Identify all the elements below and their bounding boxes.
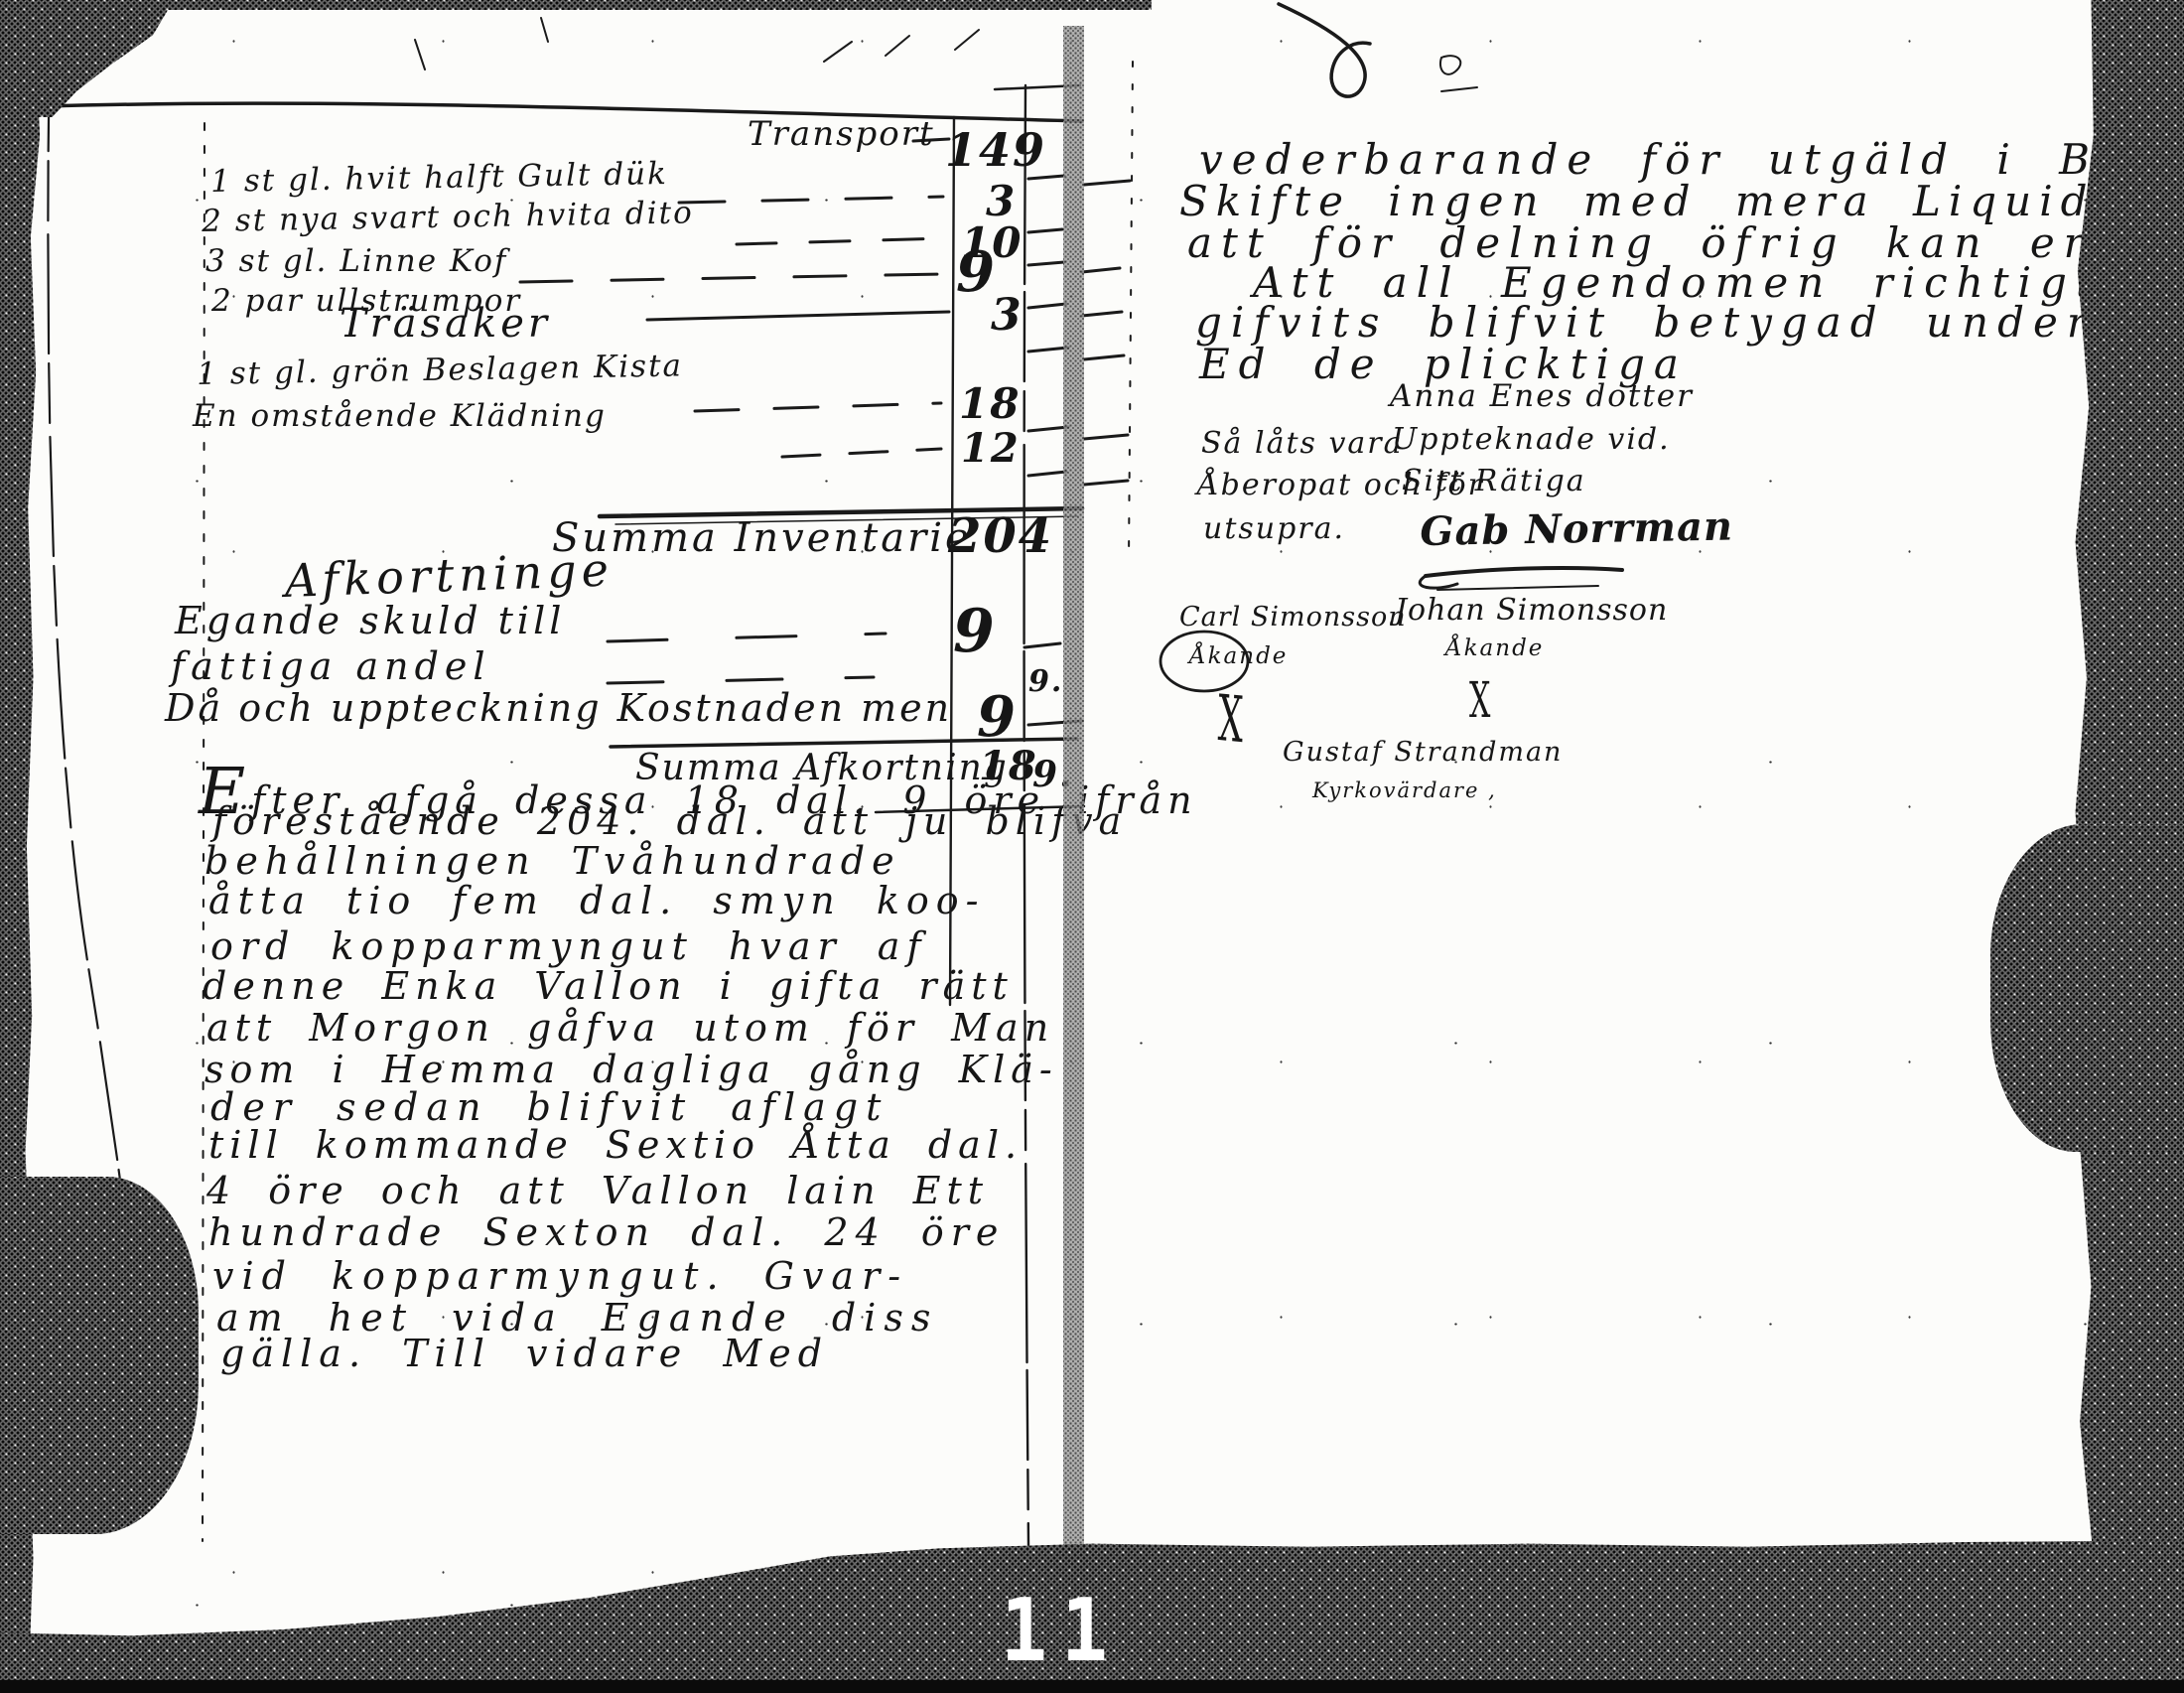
afkortning-item-label: fattiga andel — [171, 647, 491, 685]
ledger-item-label: En omstående Klädning — [193, 401, 607, 432]
witness-title: Åkande — [1189, 645, 1288, 668]
scanned-document-spread: Transport 149 1 st gl. hvit halft Gult d… — [0, 0, 2184, 1693]
ledger-item-amount: 3 — [986, 181, 1017, 222]
scan-blotch-right — [1990, 824, 2184, 1152]
attest-line: Sitt Rätiga — [1402, 467, 1586, 496]
summa-inventarie-amount: 204 — [948, 512, 1053, 560]
paragraph-line: förestående 204. dal. att ju blifva — [212, 802, 1127, 840]
paragraph-line: som i Hemma dagliga gång Klä- — [205, 1051, 1058, 1088]
paragraph-line: åtta tio fem dal. smyn koo- — [208, 882, 985, 919]
paragraph-line: Skifte ingen med mera Liquidation — [1179, 181, 2184, 222]
afkortning-item-amount: 9 — [977, 689, 1018, 745]
afkortning-item-label: Då och uppteckning Kostnaden men — [165, 689, 952, 727]
paragraph-line: 4 öre och att Vallon lain Ett — [206, 1172, 989, 1209]
paragraph-line: hundrade Sexton dal. 24 öre — [208, 1213, 1005, 1251]
witness-x-mark: X — [1469, 675, 1492, 725]
ledger-item-amount: 3 — [991, 294, 1024, 338]
paragraph-line: gifvits blifvit betygad under — [1195, 302, 2096, 344]
clerk-title: Kyrkovärdare , — [1312, 780, 1497, 801]
paragraph-line: behållningen Tvåhundrade — [205, 842, 901, 880]
scan-border-bottom-edge — [0, 1680, 2184, 1693]
ledger-item-label: 1 st gl. hvit halft Gult dük — [210, 159, 668, 198]
witness-x-mark: X — [1217, 687, 1245, 753]
paragraph-line: ord kopparmyngut hvar af — [210, 927, 928, 965]
attest-line: Uppteknade vid. — [1392, 425, 1671, 455]
paragraph-line: der sedan blifvit aflagt — [210, 1088, 888, 1126]
ledger-item-label: 2 st nya svart och hvita dito — [202, 198, 694, 237]
transport-amount: 149 — [945, 127, 1046, 173]
ledger-item-amount: 18 — [959, 383, 1021, 425]
attest-line: utsupra. — [1203, 514, 1345, 544]
clerk-name: Gustaf Strandman — [1283, 739, 1563, 766]
section-heading-trasaker: Träsaker — [340, 304, 551, 344]
afkortning-item-amount: 9 — [953, 602, 997, 661]
scan-border-top — [0, 0, 1152, 10]
signature-gab-norrman: Gab Norrman — [1420, 506, 1733, 552]
ledger-item-label: 3 st gl. Linne Kof — [205, 246, 507, 277]
paragraph-line: att Morgon gåfva utom för Man — [206, 1009, 1054, 1047]
gutter-shadow — [1063, 26, 1084, 1547]
paragraph-line: vid kopparmyngut. Gvar- — [212, 1257, 908, 1295]
witness-name: Carl Simonsson — [1179, 604, 1407, 631]
ledger-item-amount: 12 — [961, 429, 1021, 469]
afkortning-item-label: Egande skuld till — [175, 602, 565, 639]
summa-inventarie-label: Summa Inventarie — [552, 518, 972, 558]
paragraph-line: denne Enka Vallon i gifta rätt — [203, 967, 1014, 1005]
witness-name: Johan Simonsson — [1395, 596, 1668, 626]
page-number: 11 — [1001, 1582, 1122, 1682]
witness-title: Åkande — [1445, 637, 1544, 660]
paragraph-line: till kommande Sextio Åtta dal. — [208, 1126, 1023, 1164]
heir-name-line: Anna Enes dotter — [1390, 381, 1694, 412]
ledger-item-label: 1 st gl. grön Beslagen Kista — [197, 351, 683, 390]
paragraph-line: vederbarande för utgäld i Bo — [1199, 139, 2132, 181]
attest-line: Så låts vara — [1201, 429, 1404, 459]
scan-blotch-left — [0, 1177, 199, 1534]
afkortning-item-ore: 9. — [1028, 667, 1063, 697]
afkortning-heading: Afkortninge — [284, 546, 614, 604]
paragraph-line: gälla. Till vidare Med — [220, 1335, 829, 1372]
transport-label: Transport — [748, 117, 935, 151]
